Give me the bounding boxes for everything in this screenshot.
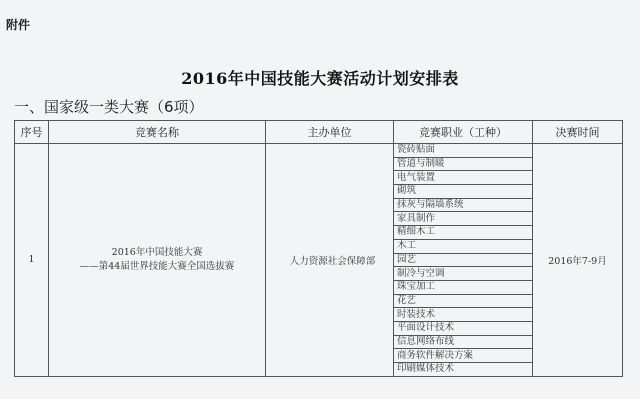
column-header-competition-name: 竞赛名称	[49, 121, 266, 144]
attachment-label: 附件	[6, 16, 30, 33]
organizer-cell: 人力资源社会保障部	[266, 144, 394, 377]
competition-name-cell: 2016年中国技能大赛 ——第44届世界技能大赛全国选拔赛	[49, 144, 266, 377]
occupation-cell: 印刷媒体技术	[394, 363, 533, 377]
occupation-cell: 花艺	[394, 294, 533, 308]
occupation-cell: 信息网络布线	[394, 335, 533, 349]
occupation-cell: 抹灰与隔墙系统	[394, 198, 533, 212]
schedule-table: 序号 竞赛名称 主办单位 竞赛职业（工种） 决赛时间 1 2016年中国技能大赛…	[14, 120, 623, 377]
competition-name-line2: ——第44届世界技能大赛全国选拔赛	[49, 260, 265, 274]
occupation-cell: 平面设计技术	[394, 321, 533, 335]
table-row: 1 2016年中国技能大赛 ——第44届世界技能大赛全国选拔赛 人力资源社会保障…	[15, 144, 623, 158]
competition-name-line1: 2016年中国技能大赛	[49, 246, 265, 260]
occupation-cell: 园艺	[394, 253, 533, 267]
table-body: 1 2016年中国技能大赛 ——第44届世界技能大赛全国选拔赛 人力资源社会保障…	[15, 144, 623, 377]
occupation-cell: 制冷与空调	[394, 267, 533, 281]
occupation-cell: 砌筑	[394, 185, 533, 199]
occupation-cell: 珠宝加工	[394, 280, 533, 294]
column-header-final-time: 决赛时间	[533, 121, 623, 144]
occupation-cell: 精细木工	[394, 226, 533, 240]
column-header-index: 序号	[15, 121, 49, 144]
occupation-cell: 管道与制暖	[394, 157, 533, 171]
occupation-cell: 瓷砖贴面	[394, 144, 533, 158]
column-header-organizer: 主办单位	[266, 121, 394, 144]
section-heading: 一、国家级一类大赛（6项）	[14, 96, 204, 117]
final-time-cell: 2016年7-9月	[533, 144, 623, 377]
occupation-cell: 时装技术	[394, 308, 533, 322]
occupation-cell: 木工	[394, 239, 533, 253]
occupation-cell: 商务软件解决方案	[394, 349, 533, 363]
occupation-cell: 电气装置	[394, 171, 533, 185]
occupation-cell: 家具制作	[394, 212, 533, 226]
document-title: 2016年中国技能大赛活动计划安排表	[0, 66, 640, 89]
row-index: 1	[15, 144, 49, 377]
table-header-row: 序号 竞赛名称 主办单位 竞赛职业（工种） 决赛时间	[15, 121, 623, 144]
column-header-occupation: 竞赛职业（工种）	[394, 121, 533, 144]
